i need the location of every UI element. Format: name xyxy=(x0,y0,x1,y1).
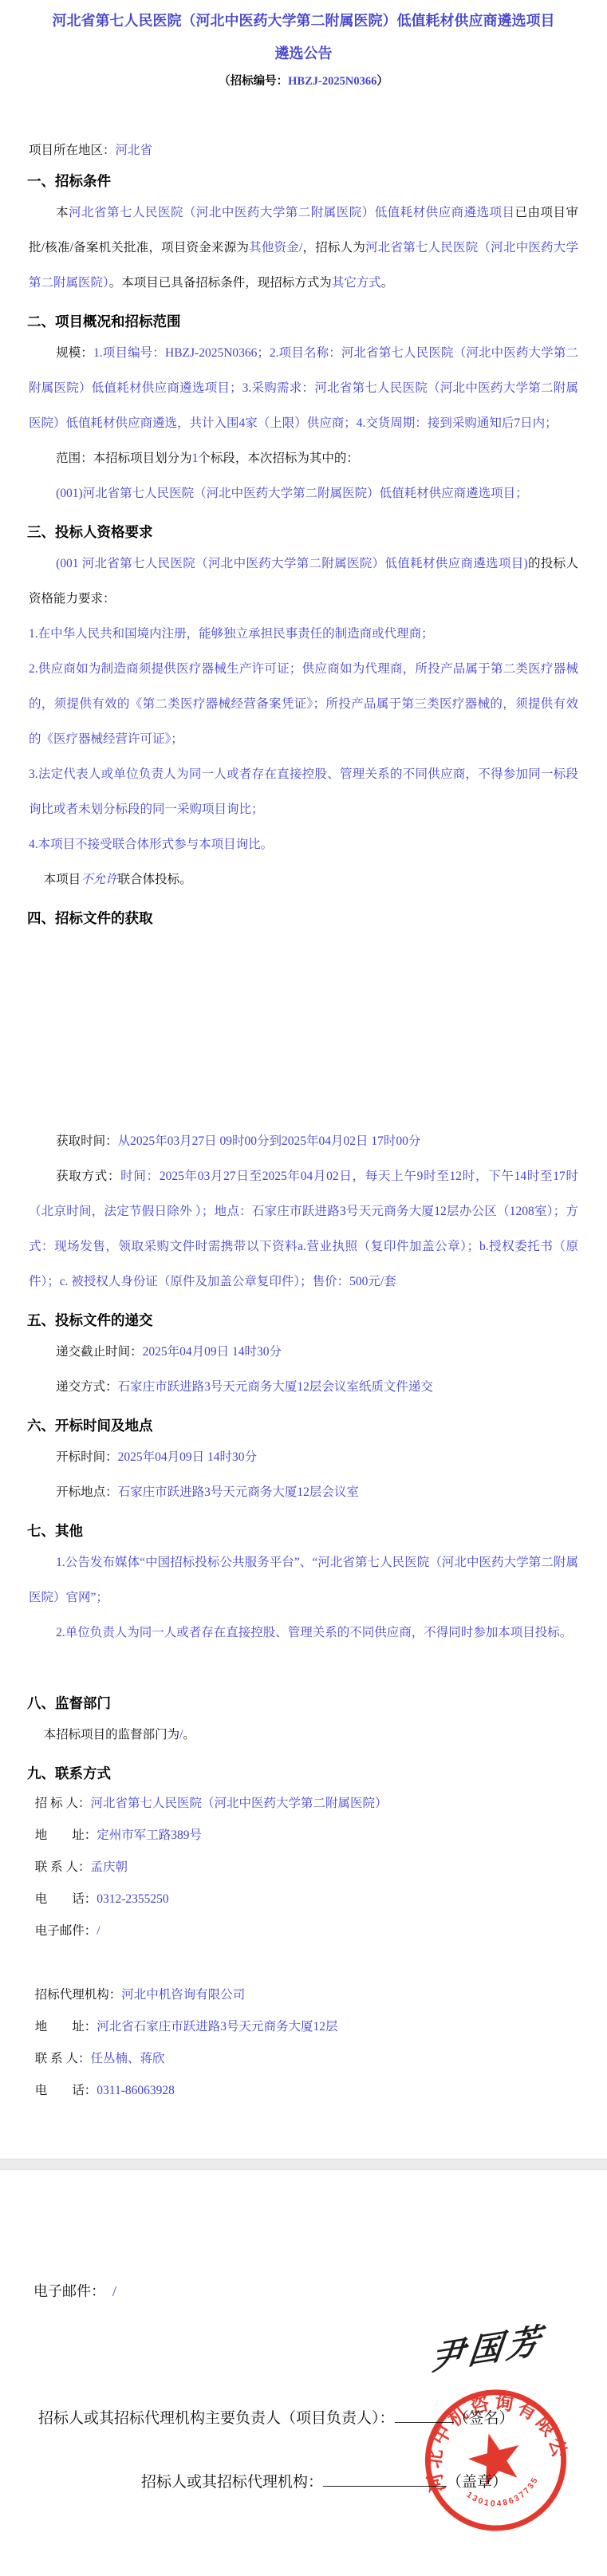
qualification-text: 3.法定代表人或单位负责人为同一人或者存在直接控股、管理关系的不同供应商，不得参… xyxy=(29,767,578,816)
qualification-item-2: 2.供应商如为制造商须提供医疗器械生产许可证；供应商如为代理商，所投产品属于第二… xyxy=(29,652,578,757)
opening-time-value: 2025年04月09日 14时30分 xyxy=(118,1450,257,1464)
region-label: 项目所在地区： xyxy=(29,144,116,157)
company-seal: 河北中机咨询有限公司 1301048637735 xyxy=(404,2367,587,2550)
lot-reference: (001 河北省第七人民医院（河北中医药大学第二附属医院）低值耗材供应商遴选项目… xyxy=(56,557,528,570)
page-title-line1: 河北省第七人民医院（河北中医药大学第二附属医院）低值耗材供应商遴选项目 xyxy=(29,11,578,31)
tenderer-contact-line: 联 系 人：孟庆朝 xyxy=(29,1852,578,1884)
text-run: ，招标人为 xyxy=(302,241,365,254)
submission-method-line: 递交方式：石家庄市跃进路3号天元商务大厦12层会议室纸质文件递交 xyxy=(29,1370,578,1405)
project-scale-paragraph: 规模：1.项目编号：HBZJ-2025N0366；2.项目名称：河北省第七人民医… xyxy=(29,336,578,441)
announcement-page: 河北省第七人民医院（河北中医药大学第二附属医院）低值耗材供应商遴选项目 遴选公告… xyxy=(0,0,607,2576)
obtain-method-paragraph: 获取方式：时间：2025年03月27日至2025年04月02日，每天上午9时至1… xyxy=(29,1159,578,1300)
project-region-line: 项目所在地区：河北省 xyxy=(29,141,578,160)
agency-value: 河北中机咨询有限公司 xyxy=(121,1988,245,2002)
email-value: / xyxy=(97,1924,100,1938)
signature-line-label: 招标人或其招标代理机构主要负责人（项目负责人）： xyxy=(38,2410,395,2427)
submission-deadline-line: 递交截止时间：2025年04月09日 14时30分 xyxy=(29,1335,578,1370)
not-allowed-value: 不允许 xyxy=(81,873,118,886)
contact-value: 孟庆朝 xyxy=(91,1860,128,1874)
tenderer-value: 河北省第七人民医院（河北中医药大学第二附属医院） xyxy=(91,1797,388,1810)
contact-label: 联 系 人： xyxy=(35,1860,91,1874)
phone-label: 电 话： xyxy=(35,1892,97,1906)
page-title-line2: 遴选公告 xyxy=(29,44,578,64)
scale-value: 1.项目编号：HBZJ-2025N0366；2.项目名称：河北省第七人民医院（河… xyxy=(29,346,578,430)
agency-contact-line: 联 系 人：任丛楠、蒋欣 xyxy=(29,2043,578,2075)
section-heading-6: 六、开标时间及地点 xyxy=(27,1416,578,1435)
address-value: 定州市军工路389号 xyxy=(97,1828,202,1842)
blank-area xyxy=(29,1947,578,1979)
agency-label: 招标代理机构： xyxy=(35,1988,122,2002)
ref-suffix: ） xyxy=(376,75,388,88)
section-heading-3: 三、投标人资格要求 xyxy=(27,523,578,542)
address-label: 地 址： xyxy=(35,2020,97,2034)
opening-time-line: 开标时间：2025年04月09日 14时30分 xyxy=(29,1440,578,1475)
tenderer-phone-line: 电 话：0312-2355250 xyxy=(29,1884,578,1915)
obtain-time-line: 获取时间：从2025年03月27日 09时00分到2025年04月02日 17时… xyxy=(29,1124,578,1159)
lot-001-value: (001)河北省第七人民医院（河北中医药大学第二附属医院）低值耗材供应商遴选项目… xyxy=(56,487,528,500)
qualification-text: 1.在中华人民共和国境内注册，能够独立承担民事责任的制造商或代理商； xyxy=(29,627,434,641)
agency-line: 招标代理机构：河北中机咨询有限公司 xyxy=(29,1979,578,2011)
contact-value: 任丛楠、蒋欣 xyxy=(91,2052,165,2065)
media-list-value: 1.公告发布媒体“中国招标投标公共服务平台”、“河北省第七人民医院（河北中医药大… xyxy=(29,1556,578,1604)
text-run: 。 xyxy=(183,1728,195,1742)
contact-label: 联 系 人： xyxy=(35,2052,91,2065)
obtain-time-label: 获取时间： xyxy=(56,1134,118,1148)
footer-email-line: 电子邮件： / xyxy=(34,2280,116,2302)
section-heading-8: 八、监督部门 xyxy=(27,1694,578,1713)
agency-address-line: 地 址：河北省石家庄市跃进路3号天元商务大厦12层 xyxy=(29,2011,578,2043)
document-body: 河北省第七人民医院（河北中医药大学第二附属医院）低值耗材供应商遴选项目 遴选公告… xyxy=(0,0,607,2107)
qualification-intro-paragraph: (001 河北省第七人民医院（河北中医药大学第二附属医院）低值耗材供应商遴选项目… xyxy=(29,546,578,617)
lot-001-line: (001)河北省第七人民医院（河北中医药大学第二附属医院）低值耗材供应商遴选项目… xyxy=(29,476,578,511)
obtain-method-label: 获取方式： xyxy=(56,1170,120,1183)
tender-reference-line: （招标编号：HBZJ-2025N0366） xyxy=(29,73,578,90)
qualification-item-1: 1.在中华人民共和国境内注册，能够独立承担民事责任的制造商或代理商； xyxy=(29,617,578,652)
tenderer-address-line: 地 址：定州市军工路389号 xyxy=(29,1820,578,1852)
supervision-line: 本招标项目的监督部门为/。 xyxy=(29,1718,578,1753)
opening-place-line: 开标地点：石家庄市跃进路3号天元商务大厦12层会议室 xyxy=(29,1475,578,1510)
section-heading-2: 二、项目概况和招标范围 xyxy=(27,312,578,331)
text-run: 。 xyxy=(381,276,394,290)
other-item-2: 2.单位负责人为同一人或者存在直接控股、管理关系的不同供应商，不得同时参加本项目… xyxy=(29,1615,578,1651)
tender-method-value: 其它方式 xyxy=(332,276,381,290)
opening-time-label: 开标时间： xyxy=(56,1450,118,1464)
tenderer-line: 招 标 人：河北省第七人民医院（河北中医药大学第二附属医院） xyxy=(29,1788,578,1820)
submission-method-value: 石家庄市跃进路3号天元商务大厦12层会议室纸质文件递交 xyxy=(118,1380,433,1394)
ref-prefix: （招标编号： xyxy=(219,75,288,88)
text-run: 联合体投标。 xyxy=(118,873,192,886)
deadline-value: 2025年04月09日 14时30分 xyxy=(143,1345,282,1359)
section-heading-7: 七、其他 xyxy=(27,1521,578,1540)
opening-place-label: 开标地点： xyxy=(56,1485,118,1499)
other-item-1: 1.公告发布媒体“中国招标投标公共服务平台”、“河北省第七人民医院（河北中医药大… xyxy=(29,1545,578,1615)
text-run: 范围：本招标项目划分为 xyxy=(56,452,192,465)
svg-text:1301048637735: 1301048637735 xyxy=(463,2472,546,2517)
text-run: 个标段，本次招标为其中的： xyxy=(198,452,359,465)
agency-phone-line: 电 话：0311-86063928 xyxy=(29,2075,578,2107)
text-run: 本招标项目的监督部门为 xyxy=(44,1728,180,1742)
address-value: 河北省石家庄市跃进路3号天元商务大厦12层 xyxy=(97,2020,337,2034)
obtain-time-value: 从2025年03月27日 09时00分到2025年04月02日 17时00分 xyxy=(118,1134,421,1148)
qualification-item-4: 4.本项目不接受联合体形式参与本项目询比。 xyxy=(29,827,578,862)
phone-label: 电 话： xyxy=(35,2084,97,2097)
address-label: 地 址： xyxy=(35,1828,97,1842)
tender-conditions-paragraph: 本河北省第七人民医院（河北中医药大学第二附属医院）低值耗材供应商遴选项目已由项目… xyxy=(29,195,578,301)
scale-label: 规模： xyxy=(56,346,93,360)
project-range-paragraph: 范围：本招标项目划分为1个标段，本次招标为其中的： xyxy=(29,441,578,476)
section-heading-5: 五、投标文件的递交 xyxy=(27,1311,578,1330)
section-heading-1: 一、招标条件 xyxy=(27,172,578,191)
obtain-method-value: 时间：2025年03月27日至2025年04月02日，每天上午9时至12时，下午… xyxy=(29,1170,578,1288)
page-break-divider xyxy=(0,2159,607,2170)
joint-venture-line: 本项目不允许联合体投标。 xyxy=(29,862,578,897)
section-heading-4: 四、招标文件的获取 xyxy=(27,909,578,928)
stamp-line-label: 招标人或其招标代理机构： xyxy=(141,2474,323,2491)
section-heading-9: 九、联系方式 xyxy=(27,1764,578,1783)
tenderer-label: 招 标 人： xyxy=(35,1797,91,1810)
text-run: 。本项目已具备招标条件，现招标方式为 xyxy=(109,276,332,290)
email-value: / xyxy=(112,2283,116,2299)
qualification-text: 2.供应商如为制造商须提供医疗器械生产许可证；供应商如为代理商，所投产品属于第二… xyxy=(29,662,578,746)
region-value: 河北省 xyxy=(116,144,153,157)
blank-area xyxy=(29,933,578,1124)
project-name-link: 河北省第七人民医院（河北中医药大学第二附属医院）低值耗材供应商遴选项目 xyxy=(69,206,514,219)
qualification-text: 4.本项目不接受联合体形式参与本项目询比。 xyxy=(29,838,273,851)
submission-method-label: 递交方式： xyxy=(56,1380,118,1394)
tenderer-email-line: 电子邮件：/ xyxy=(29,1915,578,1947)
qualification-item-3: 3.法定代表人或单位负责人为同一人或者存在直接控股、管理关系的不同供应商，不得参… xyxy=(29,757,578,827)
deadline-label: 递交截止时间： xyxy=(56,1345,143,1359)
text-run: 本 xyxy=(56,206,69,219)
blank-area xyxy=(29,1651,578,1682)
tender-number: HBZJ-2025N0366 xyxy=(288,75,376,88)
seal-star-icon xyxy=(463,2427,527,2489)
opening-place-value: 石家庄市跃进路3号天元商务大厦12层会议室 xyxy=(118,1485,359,1499)
seal-registration-number: 1301048637735 xyxy=(463,2472,546,2517)
other-rule-value: 2.单位负责人为同一人或者存在直接控股、管理关系的不同供应商，不得同时参加本项目… xyxy=(56,1626,572,1639)
email-label: 电子邮件： xyxy=(35,1924,97,1938)
email-label: 电子邮件： xyxy=(34,2283,105,2299)
handwritten-signature: 尹国芳 xyxy=(428,2314,548,2381)
phone-value: 0311-86063928 xyxy=(97,2084,175,2097)
text-run: 本项目 xyxy=(44,873,81,886)
phone-value: 0312-2355250 xyxy=(97,1892,168,1906)
fund-source-value: 其他资金/ xyxy=(249,241,302,254)
